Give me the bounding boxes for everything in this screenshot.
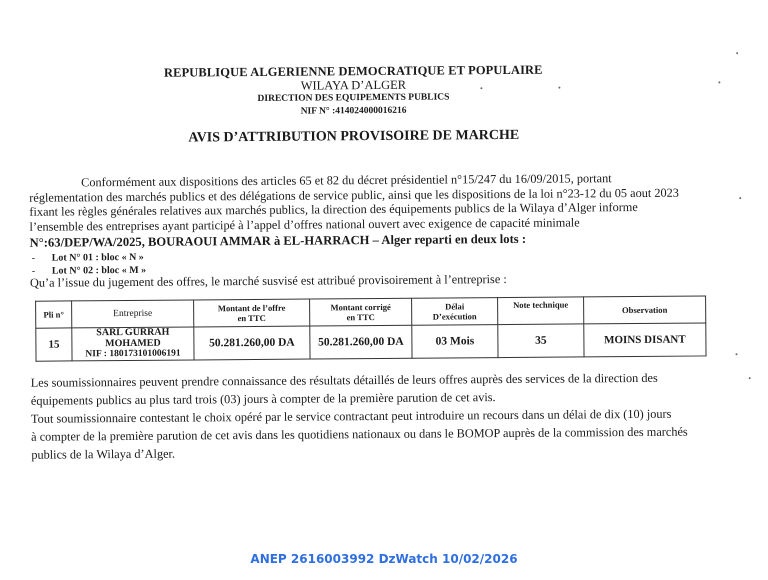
scan-speck bbox=[749, 377, 751, 379]
cell-observation: MOINS DISANT bbox=[584, 323, 706, 356]
intro-line: l’ensemble des entreprises ayant partici… bbox=[29, 215, 579, 233]
lots-list: -Lot N° 01 : bloc « N » -Lot N° 02 : blo… bbox=[32, 252, 146, 278]
cell-montant-corrige: 50.281.260,00 DA bbox=[310, 325, 412, 358]
result-statement: Qu’a l’issue du jugement des offres, le … bbox=[30, 272, 507, 291]
col-header-pli: Pli n° bbox=[36, 301, 72, 328]
closing-line: Les soumissionnaires peuvent prendre con… bbox=[31, 371, 658, 390]
lot-item: -Lot N° 01 : bloc « N » bbox=[32, 252, 146, 265]
attribution-table: Pli n° Entreprise Montant de l’offreen T… bbox=[35, 295, 706, 361]
scan-speck bbox=[558, 87, 560, 89]
closing-line: Tout soumissionnaire contestant le choix… bbox=[31, 407, 672, 426]
cell-montant-offre: 50.281.260,00 DA bbox=[194, 326, 310, 359]
col-header-montant-corrige: Montant corrigéen TTC bbox=[310, 298, 412, 326]
col-header-montant-offre: Montant de l’offreen TTC bbox=[194, 299, 310, 327]
header-nif: NIF N° :414024000016216 bbox=[0, 103, 709, 119]
closing-paragraph: Les soumissionnaires peuvent prendre con… bbox=[31, 368, 752, 464]
scan-speck bbox=[736, 52, 738, 54]
scan-speck bbox=[739, 197, 741, 199]
cell-note: 35 bbox=[498, 324, 584, 357]
table-row: 15 SARL GURRAH MOHAMED NIF : 18017310100… bbox=[36, 323, 706, 361]
closing-line: équipements publics au plus tard trois (… bbox=[31, 390, 496, 408]
scan-speck bbox=[736, 353, 738, 355]
tender-reference: N°:63/DEP/WA/2025, BOURAOUI AMMAR à EL-H… bbox=[30, 232, 527, 251]
document-page: REPUBLIQUE ALGERIENNE DEMOCRATIQUE ET PO… bbox=[0, 0, 768, 580]
intro-paragraph: Conformément aux dispositions des articl… bbox=[29, 170, 749, 234]
closing-line: à compter de la première parution de cet… bbox=[31, 425, 688, 444]
scan-speck bbox=[480, 87, 482, 89]
col-header-observation: Observation bbox=[584, 296, 706, 324]
footer-watermark: ANEP 2616003992 DzWatch 10/02/2026 bbox=[0, 552, 768, 566]
cell-delai: 03 Mois bbox=[412, 325, 498, 358]
col-header-note: Note technique bbox=[498, 297, 584, 325]
closing-line: publics de la Wilaya d’Alger. bbox=[31, 447, 175, 462]
scan-speck bbox=[718, 81, 720, 83]
col-header-delai: DélaiD’exécution bbox=[412, 298, 498, 326]
cell-entreprise: SARL GURRAH MOHAMED NIF : 18017310100619… bbox=[72, 327, 194, 360]
notice-title: AVIS D’ATTRIBUTION PROVISOIRE DE MARCHE bbox=[0, 126, 709, 148]
cell-pli: 15 bbox=[36, 328, 72, 361]
col-header-entreprise: Entreprise bbox=[72, 300, 194, 328]
